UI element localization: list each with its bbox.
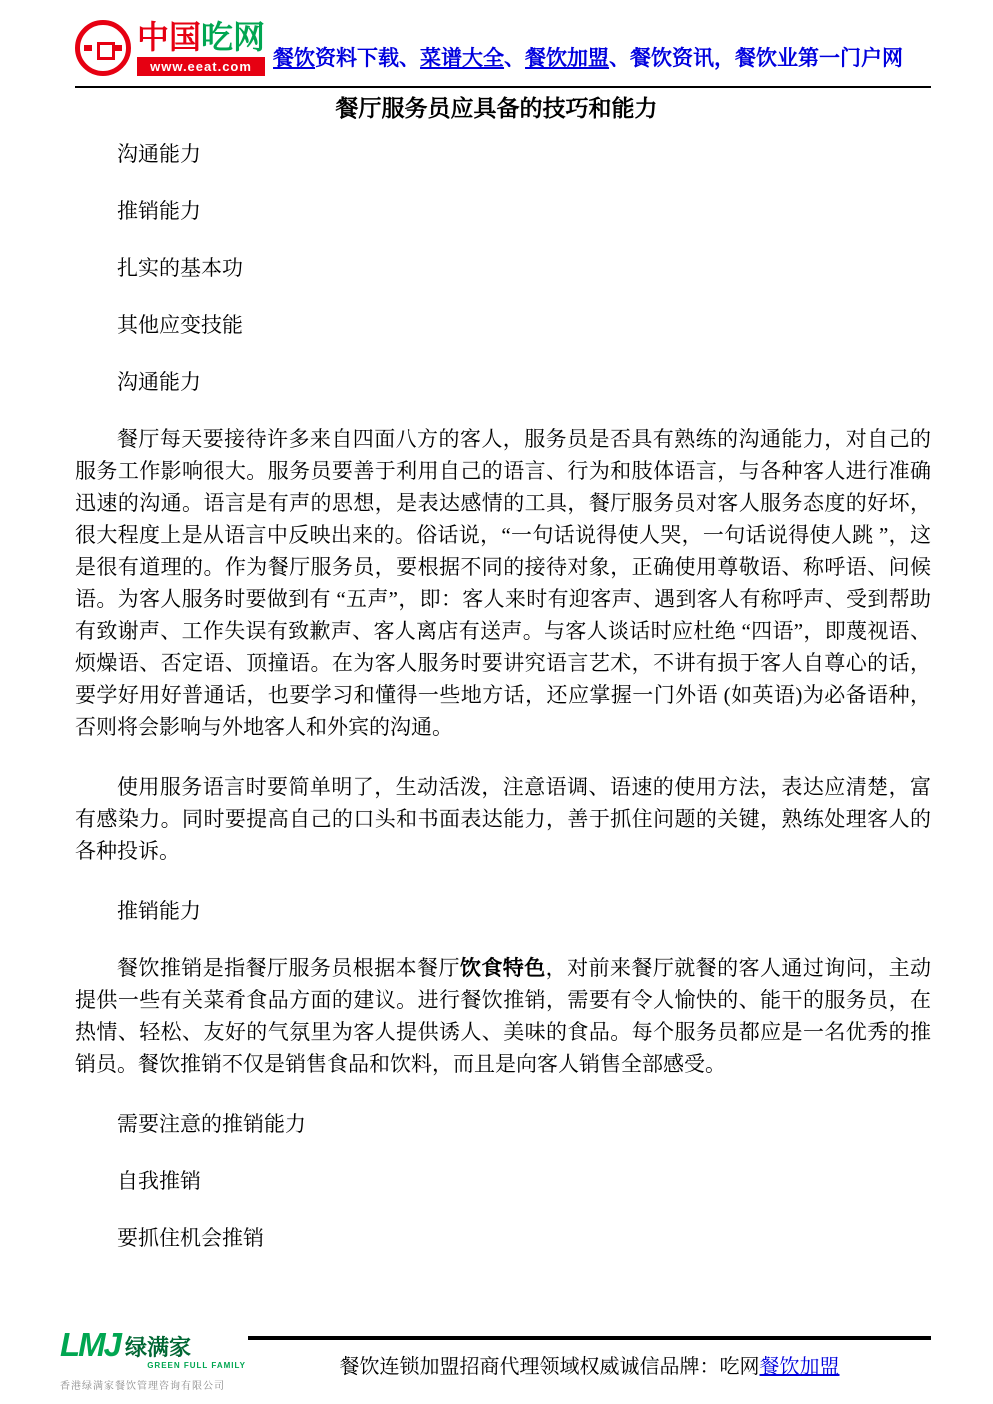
page-title: 餐厅服务员应具备的技巧和能力 (0, 90, 993, 123)
toc-item: 扎实的基本功 (75, 252, 931, 284)
lmj-logo: LMJ 绿满家 GREEN FULL FAMILY 香港绿满家餐饮管理咨询有限公… (60, 1330, 246, 1392)
footer-tagline: 餐饮连锁加盟招商代理领域权威诚信品牌：吃网餐饮加盟 (248, 1350, 931, 1379)
nav-text-ziliaoxiazai: 资料下载、 (315, 47, 420, 70)
document-body: 沟通能力 推销能力 扎实的基本功 其他应变技能 沟通能力 餐厅每天要接待许多来自… (75, 138, 931, 1279)
lmj-letters-icon: LMJ (60, 1330, 120, 1360)
header-nav: 餐饮资料下载、菜谱大全、餐饮加盟、餐饮资讯，餐饮业第一门户网 (273, 18, 903, 72)
paragraph-communication-1: 餐厅每天要接待许多来自四面八方的客人，服务员是否具有熟练的沟通能力，对自己的服务… (75, 423, 931, 743)
footer-divider (248, 1336, 931, 1340)
document-page: 中国吃网 www.eeat.com 餐饮资料下载、菜谱大全、餐饮加盟、餐饮资讯，… (0, 0, 993, 1404)
paragraph-sales: 餐饮推销是指餐厅服务员根据本餐厅饮食特色，对前来餐厅就餐的客人通过询问，主动提供… (75, 952, 931, 1080)
nav-link-canyinjiameng[interactable]: 餐饮加盟 (525, 47, 609, 70)
paragraph-sales-pre: 餐饮推销是指餐厅服务员根据本餐厅 (117, 956, 460, 980)
footer-tagline-text: 餐饮连锁加盟招商代理领域权威诚信品牌：吃网 (340, 1356, 760, 1378)
site-brand: 中国吃网 www.eeat.com (137, 18, 265, 76)
nav-link-canyin[interactable]: 餐饮 (273, 47, 315, 70)
eeat-coin-logo-icon (75, 20, 131, 76)
paragraph-communication-2: 使用服务语言时要简单明了，生动活泼，注意语调、语速的使用方法，表达应清楚，富有感… (75, 771, 931, 867)
nav-separator: 、 (504, 47, 525, 70)
header-divider (75, 86, 931, 88)
brand-name-green: 吃网 (201, 19, 265, 55)
site-url-banner: www.eeat.com (137, 57, 265, 76)
section-heading-sales: 推销能力 (75, 895, 931, 927)
site-brand-name: 中国吃网 (137, 18, 265, 56)
section-heading-communication: 沟通能力 (75, 366, 931, 398)
tail-heading-seize-chance: 要抓住机会推销 (75, 1222, 931, 1254)
footer-link-canyinjiameng[interactable]: 餐饮加盟 (760, 1356, 840, 1378)
toc-item: 其他应变技能 (75, 309, 931, 341)
nav-link-caipudaquan[interactable]: 菜谱大全 (420, 47, 504, 70)
nav-text-portal: 、餐饮资讯，餐饮业第一门户网 (609, 47, 903, 70)
brand-name-red: 中国 (137, 19, 201, 55)
tail-heading-sales-attention: 需要注意的推销能力 (75, 1108, 931, 1140)
page-footer: LMJ 绿满家 GREEN FULL FAMILY 香港绿满家餐饮管理咨询有限公… (60, 1326, 931, 1398)
tail-heading-self-sales: 自我推销 (75, 1165, 931, 1197)
lmj-company-name: 香港绿满家餐饮管理咨询有限公司 (60, 1377, 246, 1392)
toc-item: 推销能力 (75, 195, 931, 227)
site-header: 中国吃网 www.eeat.com 餐饮资料下载、菜谱大全、餐饮加盟、餐饮资讯，… (75, 18, 931, 86)
keyword-yinshitese: 饮食特色 (460, 956, 546, 980)
lmj-name-cn: 绿满家 (125, 1336, 191, 1360)
toc-item: 沟通能力 (75, 138, 931, 170)
